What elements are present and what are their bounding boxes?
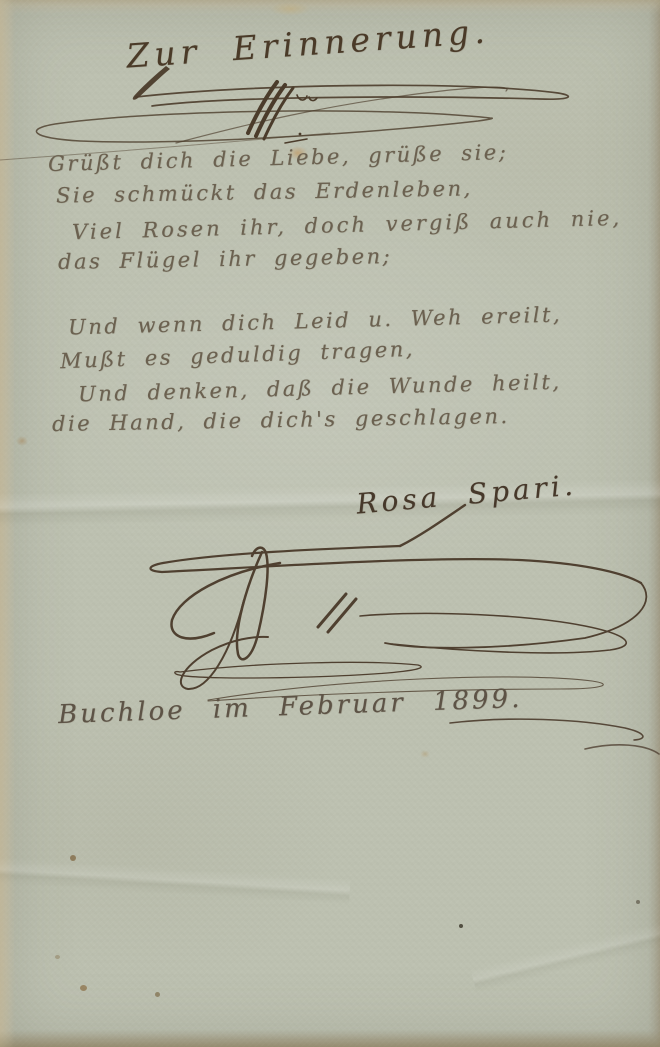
foxing-spot xyxy=(270,2,310,16)
foxing-spot xyxy=(55,955,60,959)
foxing-spot xyxy=(459,924,463,928)
paper-edge-left xyxy=(0,0,14,1047)
paper-edge-bottom xyxy=(0,1031,660,1047)
page-title: Zur Erinnerung. xyxy=(125,11,491,75)
dateline: Buchloe im Februar 1899. xyxy=(58,684,523,730)
foxing-spot xyxy=(16,436,28,446)
foxing-spot xyxy=(636,900,640,904)
foxing-spot xyxy=(420,750,430,758)
album-page: Zur Erinnerung. Grüßt dich die Liebe, gr… xyxy=(0,0,660,1047)
verse-line: das Flügel ihr gegeben; xyxy=(58,244,393,274)
foxing-spot xyxy=(80,985,87,991)
paper-crease xyxy=(471,911,660,992)
verse-line: Und denken, daß die Wunde heilt, xyxy=(78,370,562,407)
signature: Rosa Spari. xyxy=(355,468,578,520)
verse-line: die Hand, die dich's geschlagen. xyxy=(52,404,510,436)
foxing-spot xyxy=(155,992,160,997)
verse-line: Sie schmückt das Erdenleben, xyxy=(56,176,473,207)
verse-line: Mußt es geduldig tragen, xyxy=(60,337,416,373)
foxing-spot xyxy=(70,855,76,861)
signature-flourish xyxy=(150,505,646,701)
verse-line: Viel Rosen ihr, doch vergiß auch nie, xyxy=(72,206,623,244)
paper-crease xyxy=(0,857,350,905)
verse-line: Und wenn dich Leid u. Weh ereilt, xyxy=(68,303,563,340)
date-flourish xyxy=(450,719,659,754)
verse-line: Grüßt dich die Liebe, grüße sie; xyxy=(48,140,509,176)
